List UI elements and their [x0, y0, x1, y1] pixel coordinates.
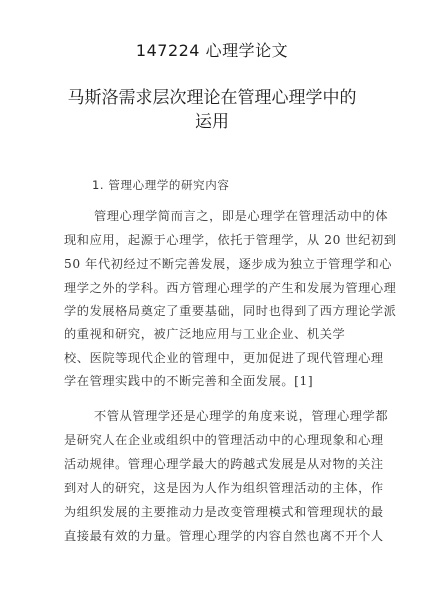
- paragraph-line: 50 年代初经过不断完善发展，逐步成为独立于管理学和心: [64, 255, 364, 272]
- paragraph-line: 现和应用，起源于心理学，依托于管理学，从 20 世纪初到: [64, 231, 364, 248]
- paragraph-line: 学的发展格局奠定了重要基础，同时也得到了西方理论学派: [64, 302, 364, 319]
- document-header: 147224 心理学论文: [0, 38, 424, 61]
- paragraph-line: 是研究人在企业或组织中的管理活动中的心理现象和心理: [64, 431, 364, 448]
- paragraph-line: 管理心理学简而言之，即是心理学在管理活动中的体: [94, 207, 394, 224]
- section-heading: 1. 管理心理学的研究内容: [92, 177, 392, 193]
- paragraph-line: 到对人的研究，这是因为人作为组织管理活动的主体，作: [64, 479, 364, 496]
- title-line-1: 马斯洛需求层次理论在管理心理学中的: [0, 86, 424, 110]
- paragraph-line: 的重视和研究，被广泛地应用与工业企业、机关学: [64, 325, 364, 342]
- paragraph-line: 活动规律。管理心理学最大的跨越式发展是从对物的关注: [64, 455, 364, 472]
- paragraph-line: 学在管理实践中的不断完善和全面发展。[1]: [64, 372, 364, 389]
- paragraph-line: 直接最有效的力量。管理心理学的内容自然也离不开个人: [64, 527, 364, 544]
- paragraph-line: 不管从管理学还是心理学的角度来说，管理心理学都: [94, 407, 394, 424]
- document-title: 马斯洛需求层次理论在管理心理学中的 运用: [0, 86, 424, 134]
- paragraph-line: 校、医院等现代企业的管理中，更加促进了现代管理心理: [64, 349, 364, 366]
- paragraph-line: 为组织发展的主要推动力是改变管理模式和管理现状的最: [64, 503, 364, 520]
- paragraph-line: 理学之外的学科。西方管理心理学的产生和发展为管理心理: [64, 279, 364, 296]
- title-line-2: 运用: [0, 110, 424, 134]
